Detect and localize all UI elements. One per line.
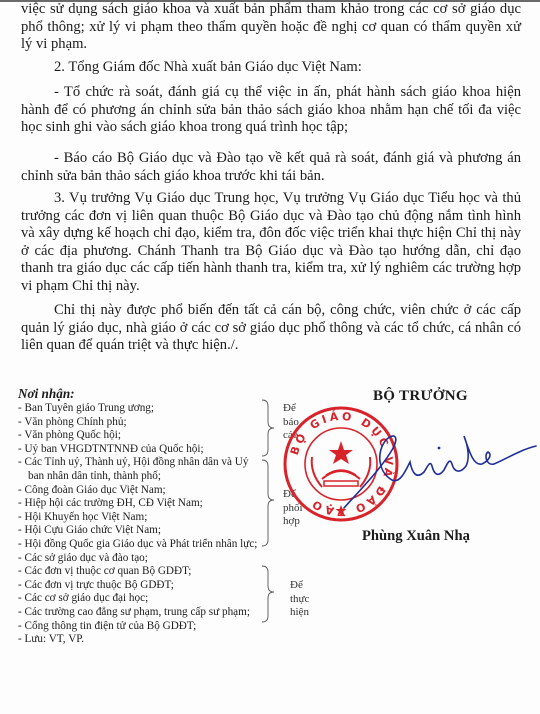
signer-name: Phùng Xuân Nhạ bbox=[362, 528, 470, 545]
recipient-item: - Các đơn vị thuộc cơ quan Bộ GDĐT; bbox=[18, 565, 298, 579]
recipient-item: - Uỷ ban VHGDTNTNNĐ của Quốc hội; bbox=[18, 443, 298, 457]
recipient-item: - Các Tỉnh uỷ, Thành uỷ, Hội đồng nhân d… bbox=[18, 456, 298, 470]
recipient-item: - Văn phòng Chính phủ; bbox=[18, 416, 298, 430]
paragraph-text: việc sử dụng sách giáo khoa và xuất bản … bbox=[21, 1, 521, 54]
brace-icon bbox=[262, 460, 274, 546]
paragraph-item-2-b: - Báo cáo Bộ Giáo dục và Đào tạo về kết … bbox=[21, 150, 521, 185]
recipient-item: - Hiệp hội các trường ĐH, CĐ Việt Nam; bbox=[18, 497, 298, 511]
recipient-item: - Cổng thông tin điện tử của Bộ GDĐT; bbox=[18, 620, 298, 634]
document-page: việc sử dụng sách giáo khoa và xuất bản … bbox=[0, 0, 540, 714]
group-label-implement: Để thực hiện bbox=[290, 579, 309, 620]
signer-title: BỘ TRƯỞNG bbox=[373, 388, 468, 405]
brace-icon bbox=[262, 566, 274, 622]
recipients-list: - Ban Tuyên giáo Trung ương;- Văn phòng … bbox=[18, 402, 298, 647]
recipient-item: - Các sở giáo dục và đào tạo; bbox=[18, 552, 298, 566]
paragraph-item-2-a: - Tổ chức rà soát, đánh giá cụ thể việc … bbox=[21, 84, 521, 137]
paragraph-text: Chỉ thị này được phổ biến đến tất cả cán… bbox=[21, 302, 521, 355]
recipient-item: - Lưu: VT, VP. bbox=[18, 633, 298, 647]
recipient-item: - Hội đồng Quốc gia Giáo dục và Phát tri… bbox=[18, 538, 298, 552]
recipients-block: Nơi nhận: - Ban Tuyên giáo Trung ương;- … bbox=[18, 386, 298, 647]
paragraph-text: 3. Vụ trưởng Vụ Giáo dục Trung học, Vụ t… bbox=[21, 190, 521, 296]
recipient-item: - Các trường cao đẳng sư phạm, trung cấp… bbox=[18, 606, 298, 620]
recipient-item: - Ban Tuyên giáo Trung ương; bbox=[18, 402, 298, 416]
recipients-heading: Nơi nhận: bbox=[18, 386, 298, 402]
handwritten-signature-icon bbox=[340, 410, 540, 520]
recipient-item: - Các đơn vị trực thuộc Bộ GDĐT; bbox=[18, 579, 298, 593]
recipient-item: - Hội Cựu Giáo chức Việt Nam; bbox=[18, 524, 298, 538]
recipient-item: - Công đoàn Giáo dục Việt Nam; bbox=[18, 484, 298, 498]
paragraph-text: 2. Tổng Giám đốc Nhà xuất bản Giáo dục V… bbox=[21, 59, 521, 77]
paragraph-text: - Tổ chức rà soát, đánh giá cụ thể việc … bbox=[21, 84, 521, 137]
recipient-item: - Văn phòng Quốc hội; bbox=[18, 429, 298, 443]
brace-icon bbox=[262, 400, 274, 456]
paragraph-closing: Chỉ thị này được phổ biến đến tất cả cán… bbox=[21, 302, 521, 355]
recipient-item: - Hội Khuyến học Việt Nam; bbox=[18, 511, 298, 525]
recipient-item: ban nhân dân tỉnh, thành phố; bbox=[18, 470, 298, 484]
paragraph-item-3: 3. Vụ trưởng Vụ Giáo dục Trung học, Vụ t… bbox=[21, 190, 521, 296]
recipient-item: - Các cơ sở giáo dục đại học; bbox=[18, 592, 298, 606]
paragraph-item-2-heading: 2. Tổng Giám đốc Nhà xuất bản Giáo dục V… bbox=[21, 59, 521, 77]
paragraph-continuation: việc sử dụng sách giáo khoa và xuất bản … bbox=[21, 1, 521, 54]
paragraph-text: - Báo cáo Bộ Giáo dục và Đào tạo về kết … bbox=[21, 150, 521, 185]
